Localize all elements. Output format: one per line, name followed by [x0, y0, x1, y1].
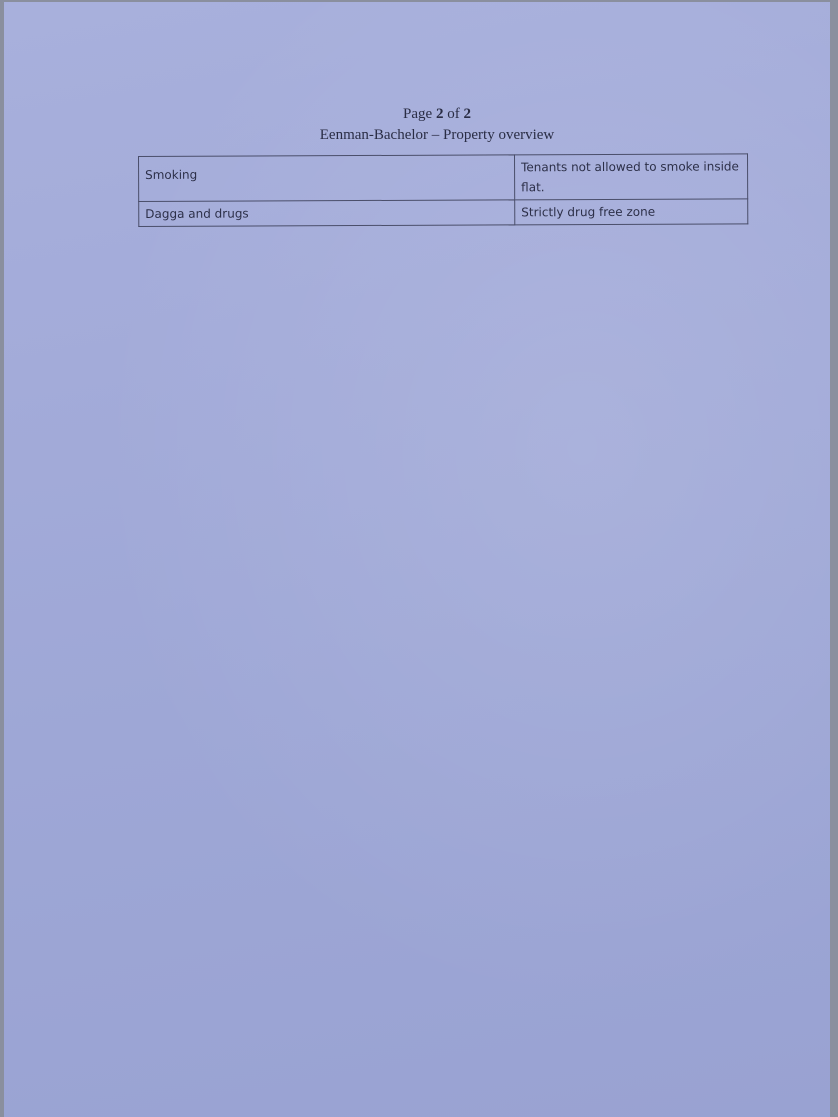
- rule-label: Dagga and drugs: [139, 200, 515, 227]
- rule-value: Tenants not allowed to smoke inside flat…: [514, 154, 747, 200]
- page-prefix: Page: [403, 106, 436, 122]
- rule-value: Strictly drug free zone: [515, 199, 748, 225]
- rule-label: Smoking: [139, 155, 515, 202]
- document-page: Page 2 of 2 Eenman-Bachelor – Property o…: [4, 2, 830, 1117]
- table-row: Dagga and drugs Strictly drug free zone: [139, 199, 748, 227]
- page-total: 2: [463, 106, 471, 122]
- property-rules-table: Smoking Tenants not allowed to smoke ins…: [138, 153, 748, 227]
- page-number: Page 2 of 2: [4, 106, 838, 123]
- page-separator: of: [443, 106, 463, 122]
- document-title: Eenman-Bachelor – Property overview: [4, 127, 838, 144]
- table-row: Smoking Tenants not allowed to smoke ins…: [139, 154, 748, 202]
